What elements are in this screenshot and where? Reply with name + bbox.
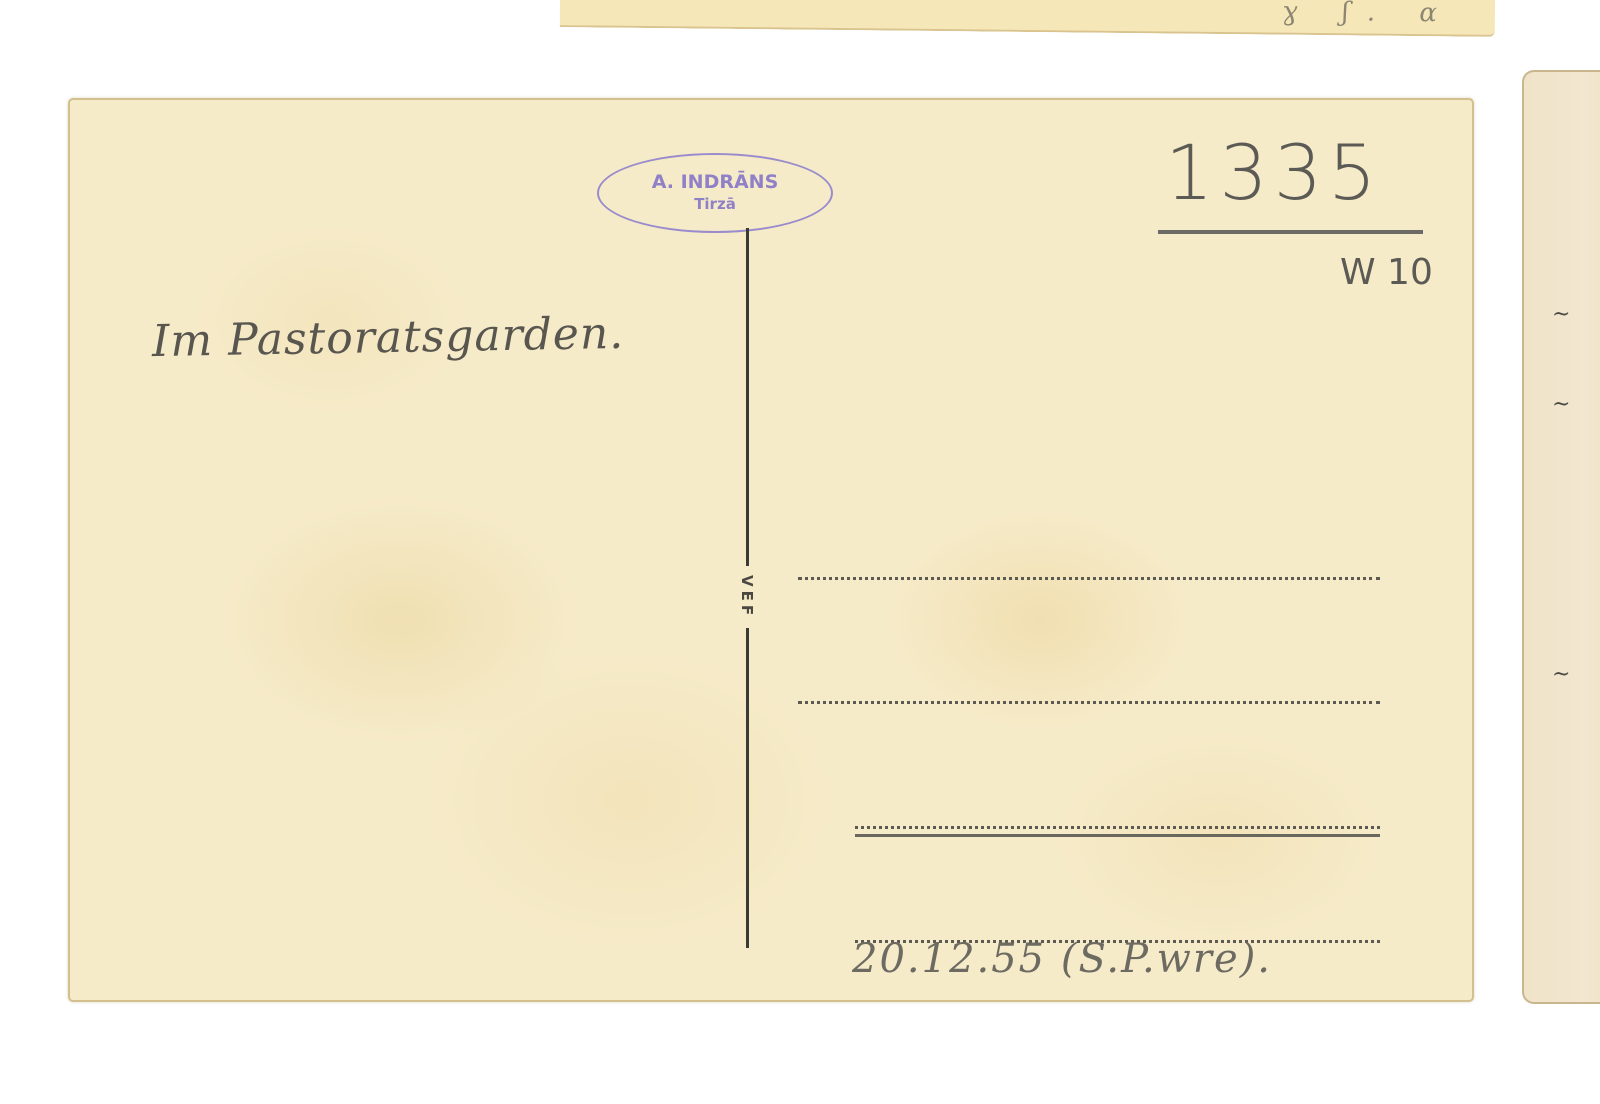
publisher-place: Tirzā <box>599 193 831 215</box>
adjacent-card-top: ɣ ʃ. ɑ <box>560 0 1495 37</box>
catalog-code: W 10 <box>1340 252 1433 293</box>
address-line-2 <box>798 701 1380 704</box>
address-line-1 <box>798 577 1380 580</box>
publisher-stamp: A. INDRĀNS Tirzā <box>597 153 833 233</box>
adjacent-card-ink-mark: ~ <box>1552 392 1570 417</box>
postcard-back: A. INDRĀNS Tirzā VEF Im Pastoratsgarden.… <box>70 100 1472 1000</box>
handwritten-date-note: 20.12.55 (S.P.wre). <box>852 936 1272 982</box>
catalog-number-underline <box>1158 230 1423 234</box>
adjacent-card-ink-mark: ~ <box>1552 302 1570 327</box>
address-line-3-underline <box>855 834 1380 837</box>
adjacent-card-right: ~ ~ ~ <box>1522 70 1600 1004</box>
catalog-number: 1335 <box>1165 128 1382 217</box>
adjacent-card-handwriting: ɣ ʃ. ɑ <box>1282 0 1455 28</box>
publisher-name: A. INDRĀNS <box>652 171 779 193</box>
adjacent-card-ink-mark: ~ <box>1552 662 1570 687</box>
divider-label: VEF <box>732 566 762 628</box>
handwritten-caption: Im Pastoratsgarden. <box>152 308 625 367</box>
address-line-3 <box>855 826 1380 829</box>
